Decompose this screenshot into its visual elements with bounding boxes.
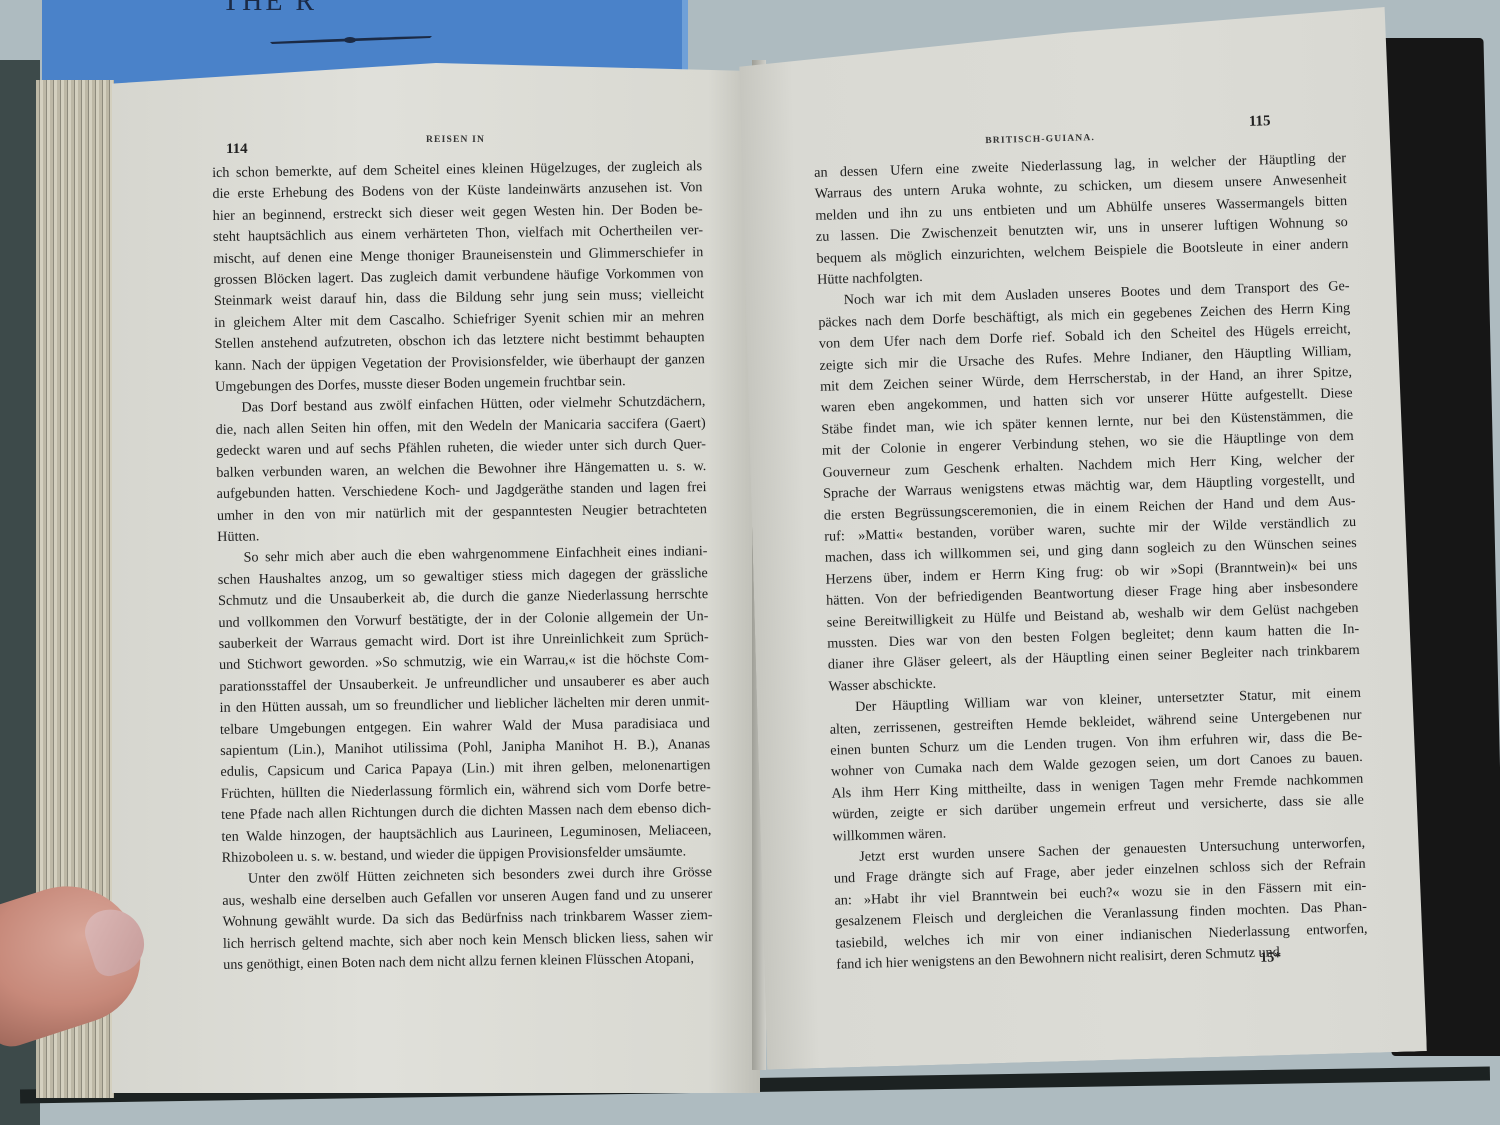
running-head-right: BRITISCH-GUIANA. xyxy=(985,133,1095,146)
signature-mark: 15* xyxy=(1260,950,1281,967)
right-page-body-text: an dessen Ufern eine zweite Niederlassun… xyxy=(814,148,1369,976)
left-page: 114 REISEN IN ich schon bemerkte, auf de… xyxy=(112,63,760,1093)
ornament-flourish-icon xyxy=(270,36,432,44)
right-page: 115 BRITISCH-GUIANA. an dessen Ufern ein… xyxy=(738,7,1427,1070)
left-page-body-text: ich schon bemerkte, auf dem Scheitel ein… xyxy=(212,156,713,976)
background-book-title: THE R xyxy=(222,0,317,18)
page-number-left: 114 xyxy=(226,141,248,158)
running-head-left: REISEN IN xyxy=(426,135,485,145)
page-number-right: 115 xyxy=(1249,113,1271,131)
